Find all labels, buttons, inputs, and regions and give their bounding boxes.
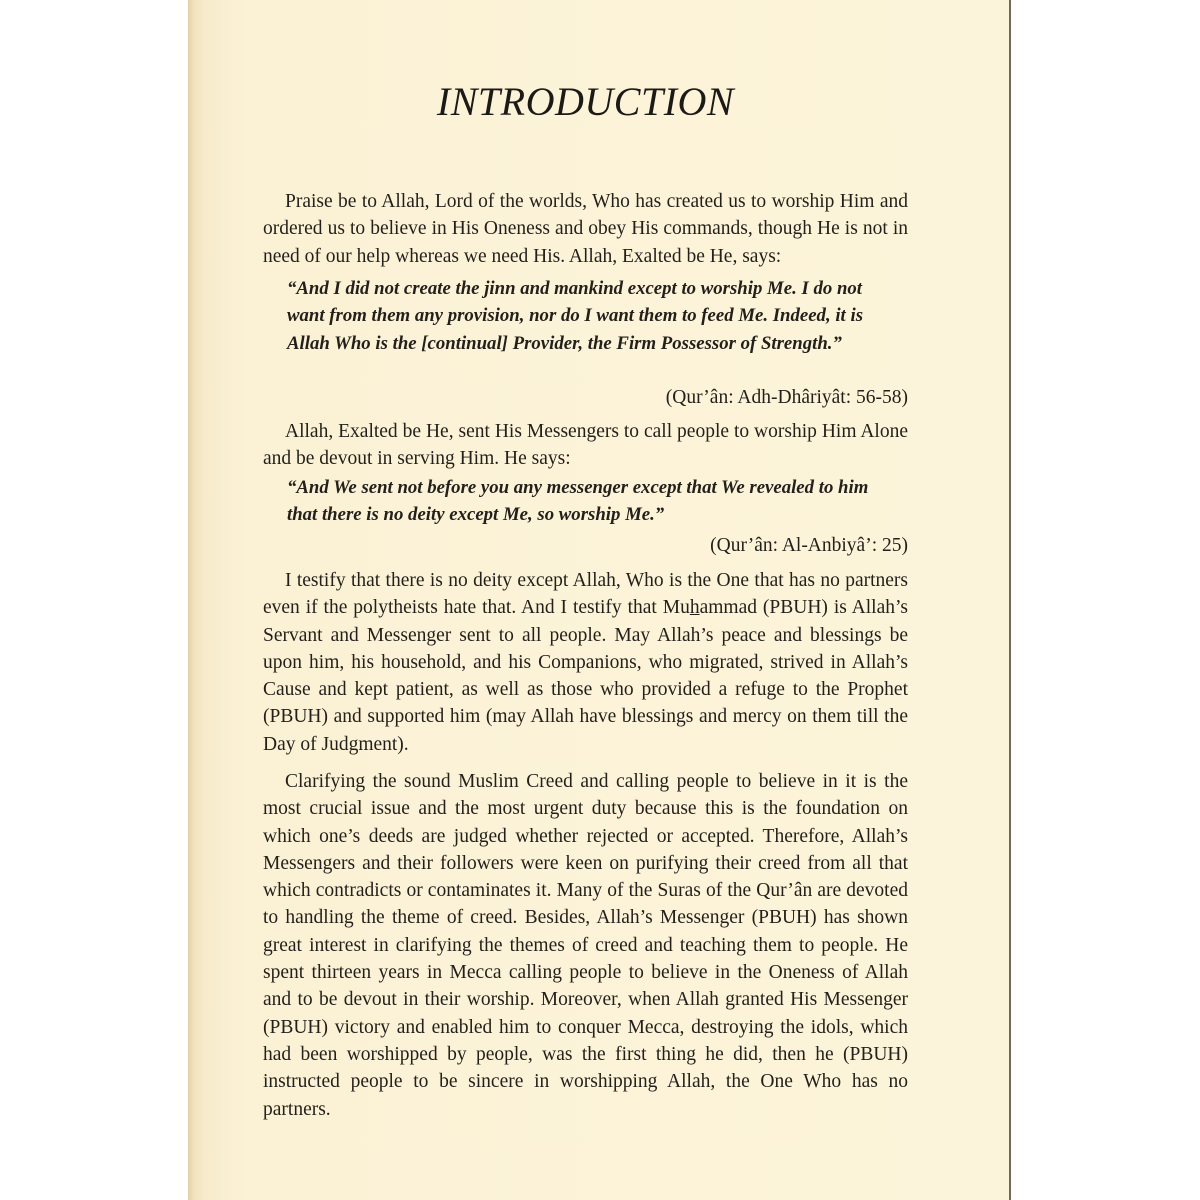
paragraph-creed: Clarifying the sound Muslim Creed and ca…: [263, 768, 908, 1123]
transliteration-underlined-h: h: [690, 597, 700, 618]
chapter-title: INTRODUCTION: [263, 88, 908, 115]
quran-quote-2: “And We sent not before you any messenge…: [287, 474, 887, 529]
quran-quote-1: “And I did not create the jinn and manki…: [287, 275, 887, 357]
paragraph-messengers: Allah, Exalted be He, sent His Messenger…: [263, 418, 908, 473]
quran-citation-1: (Qur’ân: Adh-Dhâriyât: 56-58): [666, 384, 908, 411]
book-page: INTRODUCTION Praise be to Allah, Lord of…: [188, 0, 1011, 1200]
paragraph-praise: Praise be to Allah, Lord of the worlds, …: [263, 188, 908, 270]
paragraph-testimony: I testify that there is no deity except …: [263, 567, 908, 758]
testimony-text-b: ammad (PBUH) is Allah’s Servant and Mess…: [263, 597, 908, 754]
quran-citation-2: (Qur’ân: Al-Anbiyâ’: 25): [710, 532, 908, 559]
